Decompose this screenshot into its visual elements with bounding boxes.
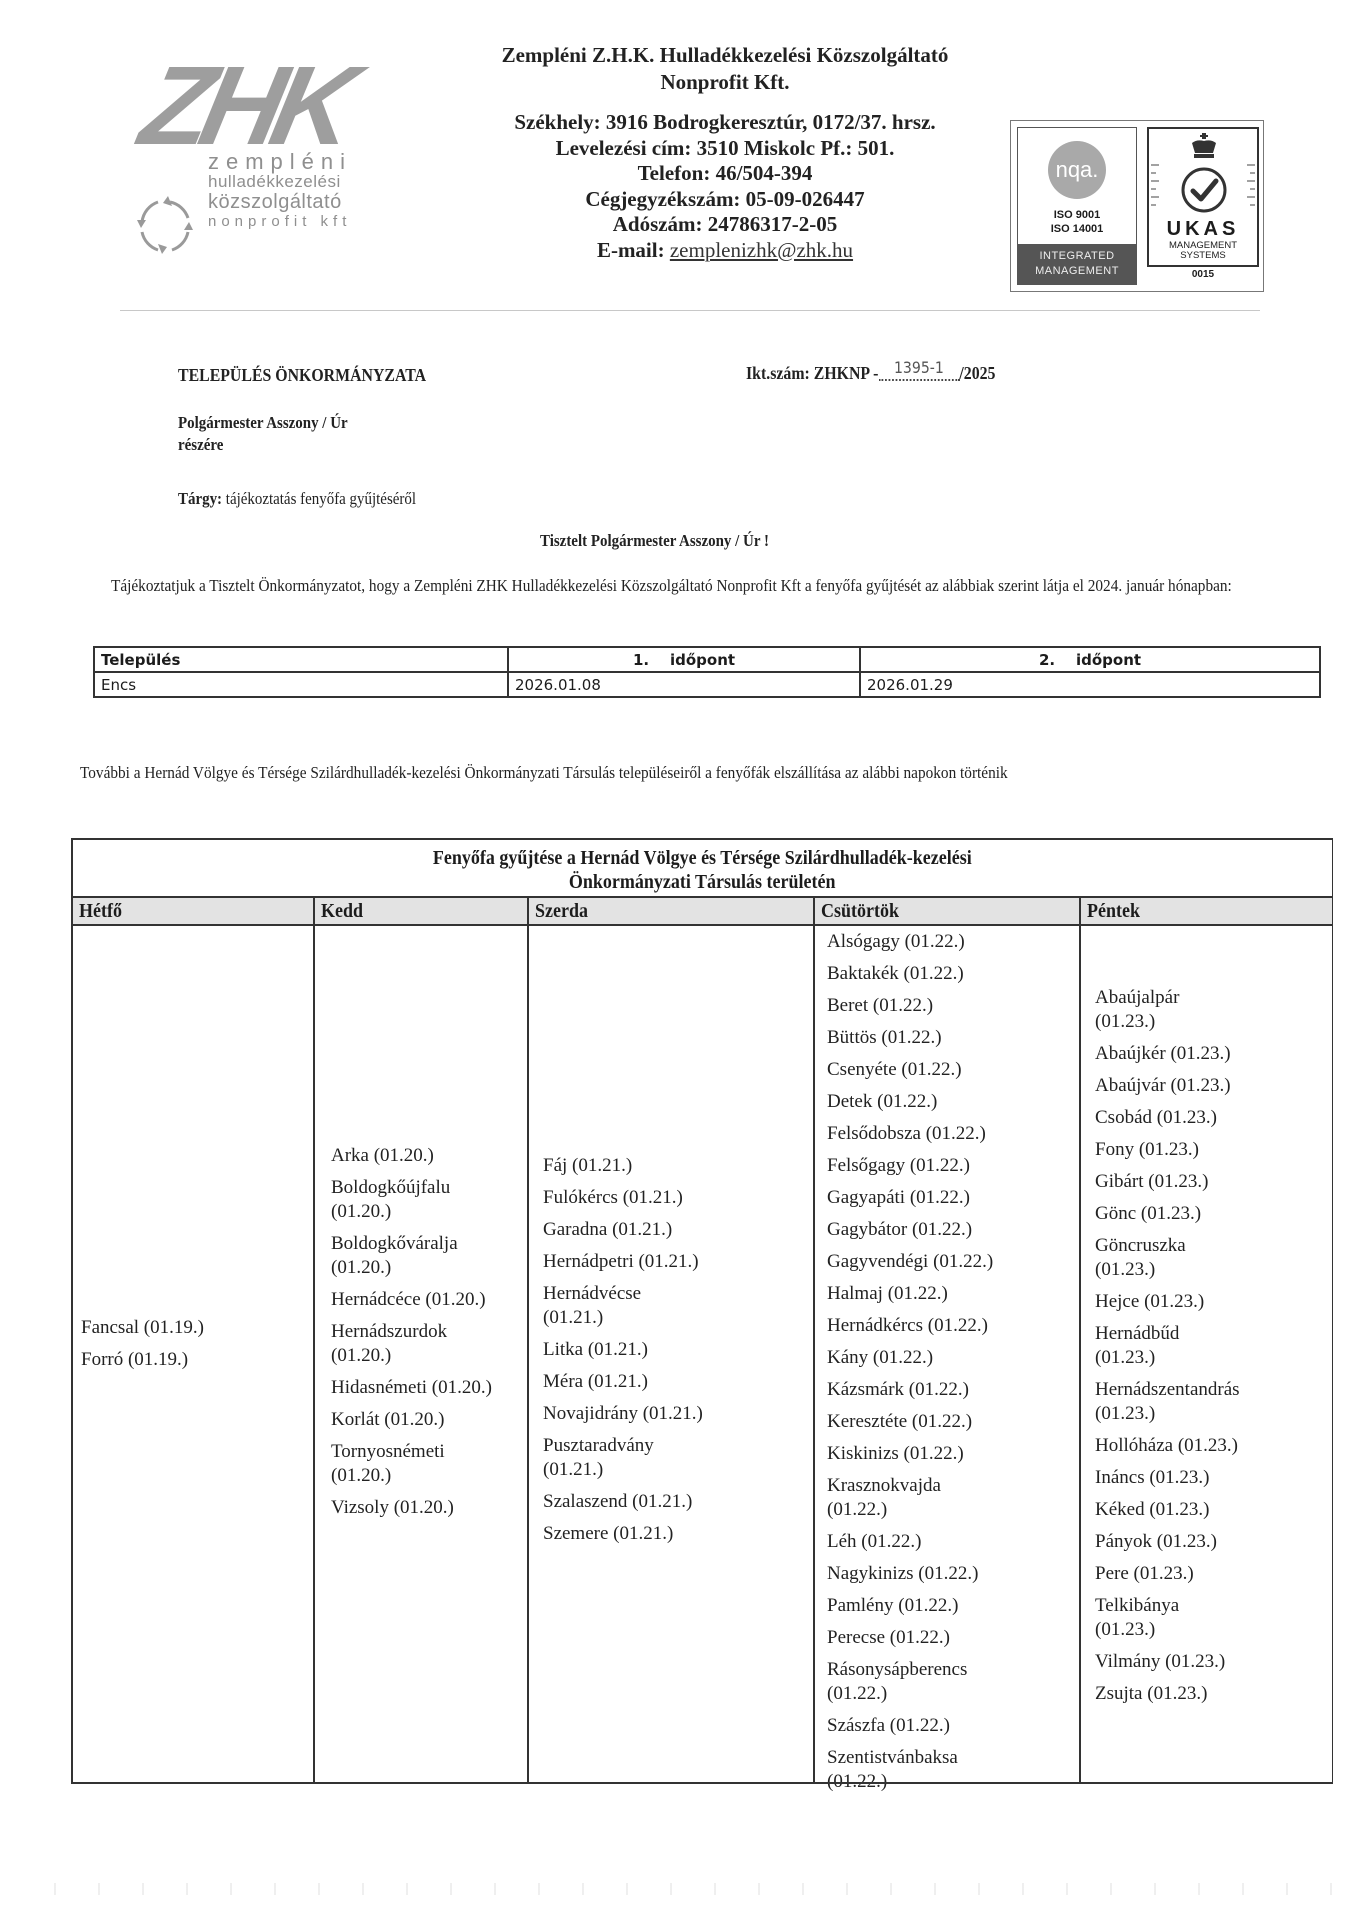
list-item: Korlát(01.20.) (331, 1408, 492, 1432)
settlement-name: Hernádszentandrás (1095, 1378, 1240, 1402)
settlement-name: Fulókércs (543, 1187, 618, 1208)
settlement-name: Hernádpetri (543, 1251, 634, 1272)
settlement-name: Alsógagy (827, 931, 900, 952)
checkmark-circle-icon (1179, 165, 1229, 215)
list-item: Hernádvécse(01.21.) (543, 1282, 703, 1330)
collection-date: (01.21.) (583, 1339, 648, 1360)
collection-date: (01.23.) (1152, 1531, 1217, 1552)
reference-number: Ikt.szám: ZHKNP -1395-1/2025 (746, 362, 995, 387)
settlement-name: Forró (81, 1349, 123, 1370)
collection-date: (01.22.) (914, 1563, 979, 1584)
company-seat: Székhely: 3916 Bodrogkeresztúr, 0172/37.… (430, 110, 1020, 136)
list-item: Büttös(01.22.) (827, 1026, 993, 1050)
collection-date: (01.19.) (123, 1349, 188, 1370)
company-phone: Telefon: 46/504-394 (430, 161, 1020, 187)
list-item: Abaújkér(01.23.) (1095, 1042, 1240, 1066)
list-item: Beret(01.22.) (827, 994, 993, 1018)
company-name-line2: Nonprofit Kft. (430, 69, 1020, 96)
collection-date: (01.22.) (868, 995, 933, 1016)
settlement-name: Zsujta (1095, 1683, 1143, 1704)
collection-date: (01.21.) (543, 1306, 703, 1330)
collection-date: (01.22.) (894, 1595, 959, 1616)
settlement-list: Fancsal(01.19.)Forró(01.19.) (81, 1316, 204, 1380)
settlement-name: Boldogkőújfalu (331, 1176, 492, 1200)
list-item: Boldogkőváralja(01.20.) (331, 1232, 492, 1280)
collection-date: (01.22.) (857, 1531, 922, 1552)
settlement-name: Pamlény (827, 1595, 894, 1616)
collection-date: (01.21.) (627, 1491, 692, 1512)
scan-artifact (40, 1883, 1340, 1895)
list-item: Abaújalpár(01.23.) (1095, 986, 1240, 1034)
list-item: Felsődobsza(01.22.) (827, 1122, 993, 1146)
settlement-name: Csobád (1095, 1107, 1152, 1128)
list-item: Rásonysápberencs(01.22.) (827, 1658, 993, 1706)
list-item: Hernádcéce(01.20.) (331, 1288, 492, 1312)
list-item: Kázsmárk(01.22.) (827, 1378, 993, 1402)
company-logo: ZHK zempléni hulladékkezelési közszolgál… (128, 56, 378, 256)
certification-badges: nqa. ISO 9001 ISO 14001 INTEGRATED MANAG… (1010, 120, 1264, 292)
list-item: Telkibánya(01.23.) (1095, 1594, 1240, 1642)
list-item: Krasznokvajda(01.22.) (827, 1474, 993, 1522)
collection-date: (01.20.) (331, 1200, 492, 1224)
weekday-header: Péntek (1081, 898, 1339, 924)
weekday-column: Alsógagy(01.22.)Baktakék(01.22.)Beret(01… (815, 926, 1081, 1782)
settlement-name: Felsődobsza (827, 1123, 921, 1144)
collection-date: (01.20.) (369, 1145, 434, 1166)
collection-date: (01.22.) (928, 1251, 993, 1272)
settlement-list: Abaújalpár(01.23.)Abaújkér(01.23.)Abaújv… (1095, 986, 1240, 1714)
weekday-column: Arka(01.20.)Boldogkőújfalu(01.20.)Boldog… (315, 926, 529, 1782)
list-item: Kéked(01.23.) (1095, 1498, 1240, 1522)
collection-date: (01.23.) (1166, 1075, 1231, 1096)
company-registry-number: Cégjegyzékszám: 05-09-026447 (430, 187, 1020, 213)
settlement-name: Perecse (827, 1627, 885, 1648)
list-item: Forró(01.19.) (81, 1348, 204, 1372)
settlement-cell: Encs (94, 672, 508, 697)
collection-date: (01.22.) (885, 1715, 950, 1736)
settlement-name: Vilmány (1095, 1651, 1160, 1672)
list-item: Gagybátor(01.22.) (827, 1218, 993, 1242)
list-item: Perecse(01.22.) (827, 1626, 993, 1650)
collection-date: (01.20.) (389, 1497, 454, 1518)
list-item: Fancsal(01.19.) (81, 1316, 204, 1340)
settlement-name: Novajidrány (543, 1403, 638, 1424)
settlement-name: Boldogkőváralja (331, 1232, 492, 1256)
list-item: Hejce(01.23.) (1095, 1290, 1240, 1314)
nqa-logo: nqa. (1048, 141, 1106, 199)
collection-date: (01.19.) (139, 1317, 204, 1338)
collection-date: (01.22.) (907, 1411, 972, 1432)
collection-date: (01.23.) (1143, 1683, 1208, 1704)
date-cell: 2026.01.29 (860, 672, 1320, 697)
settlement-name: Kéked (1095, 1499, 1145, 1520)
subject-line: Tárgy: tájékoztatás fenyőfa gyűjtéséről (178, 488, 416, 510)
logo-mark: ZHK (134, 56, 355, 156)
collection-date: (01.21.) (567, 1155, 632, 1176)
ukas-code: 0015 (1147, 269, 1259, 280)
header-cell: Település (94, 647, 508, 672)
list-item: Gagyvendégi(01.22.) (827, 1250, 993, 1274)
list-item: Keresztéte(01.22.) (827, 1410, 993, 1434)
collection-date: (01.20.) (331, 1464, 492, 1488)
settlement-name: Kiskinizs (827, 1443, 899, 1464)
settlement-name: Gagyapáti (827, 1187, 905, 1208)
collection-date: (01.23.) (1145, 1499, 1210, 1520)
weekday-header: Kedd (315, 898, 535, 924)
settlement-name: Abaújkér (1095, 1043, 1166, 1064)
settlement-name: Gagyvendégi (827, 1251, 928, 1272)
list-item: Csenyéte(01.22.) (827, 1058, 993, 1082)
settlement-name: Csenyéte (827, 1059, 897, 1080)
list-item: Boldogkőújfalu(01.20.) (331, 1176, 492, 1224)
collection-date: (01.23.) (1134, 1139, 1199, 1160)
collection-date: (01.22.) (905, 1155, 970, 1176)
collection-date: (01.21.) (638, 1403, 703, 1424)
settlement-name: Hollóháza (1095, 1435, 1173, 1456)
collection-date: (01.22.) (877, 1027, 942, 1048)
weekday-header: Hétfő (73, 898, 321, 924)
settlement-name: Gagybátor (827, 1219, 907, 1240)
list-item: Felsőgagy(01.22.) (827, 1154, 993, 1178)
list-item: Halmaj(01.22.) (827, 1282, 993, 1306)
company-postal-address: Levelezési cím: 3510 Miskolc Pf.: 501. (430, 136, 1020, 162)
settlement-name: Hernádvécse (543, 1282, 703, 1306)
settlement-name: Korlát (331, 1409, 380, 1430)
collection-date: (01.22.) (885, 1627, 950, 1648)
list-item: Fony(01.23.) (1095, 1138, 1240, 1162)
collection-date: (01.23.) (1095, 1618, 1240, 1642)
settlement-name: Büttös (827, 1027, 877, 1048)
list-item: Gagyapáti(01.22.) (827, 1186, 993, 1210)
settlement-name: Hernádszurdok (331, 1320, 492, 1344)
collection-date: (01.22.) (827, 1498, 993, 1522)
list-item: Novajidrány(01.21.) (543, 1402, 703, 1426)
settlement-name: Nagykinizs (827, 1563, 914, 1584)
collection-date: (01.23.) (1095, 1346, 1240, 1370)
settlement-name: Tornyosnémeti (331, 1440, 492, 1464)
company-details: Zempléni Z.H.K. Hulladékkezelési Közszol… (430, 42, 1020, 263)
collection-date: (01.22.) (904, 1379, 969, 1400)
recycle-arrows-icon (132, 192, 198, 258)
collection-date: (01.22.) (872, 1091, 937, 1112)
settlement-name: Fáj (543, 1155, 567, 1176)
settlement-name: Pányok (1095, 1531, 1152, 1552)
collection-date: (01.21.) (618, 1187, 683, 1208)
collection-date: (01.22.) (923, 1315, 988, 1336)
collection-date: (01.22.) (921, 1123, 986, 1144)
salutation: Tisztelt Polgármester Asszony / Úr ! (540, 530, 769, 552)
settlement-name: Litka (543, 1339, 583, 1360)
handwritten-reference: 1395-1 (878, 357, 959, 381)
weekday-column: Fancsal(01.19.)Forró(01.19.) (73, 926, 315, 1782)
collection-date: (01.22.) (899, 963, 964, 984)
collection-date: (01.23.) (1173, 1435, 1238, 1456)
settlement-list: Fáj(01.21.)Fulókércs(01.21.)Garadna(01.2… (543, 1154, 703, 1554)
settlement-name: Göncruszka (1095, 1234, 1240, 1258)
company-email-line: E-mail: zemplenizhk@zhk.hu (430, 238, 1020, 264)
collection-date: (01.20.) (427, 1377, 492, 1398)
nqa-iso-badge: nqa. ISO 9001 ISO 14001 INTEGRATED MANAG… (1017, 127, 1137, 285)
list-item: Hollóháza(01.23.) (1095, 1434, 1240, 1458)
intro-paragraph: Tájékoztatjuk a Tisztelt Önkormányzatot,… (111, 573, 1326, 599)
date-cell: 2026.01.08 (508, 672, 860, 697)
table-bottom-border (71, 1782, 1333, 1784)
list-item: Szemere(01.21.) (543, 1522, 703, 1546)
header-cell: 2. időpont (860, 647, 1320, 672)
collection-date: (01.23.) (1152, 1107, 1217, 1128)
collection-date: (01.23.) (1129, 1563, 1194, 1584)
settlement-name: Detek (827, 1091, 872, 1112)
list-item: Léh(01.22.) (827, 1530, 993, 1554)
weekday-column: Fáj(01.21.)Fulókércs(01.21.)Garadna(01.2… (529, 926, 815, 1782)
list-item: Hernádbűd(01.23.) (1095, 1322, 1240, 1370)
ukas-logo-text: UKAS (1149, 219, 1257, 239)
collection-date: (01.23.) (1144, 1171, 1209, 1192)
collection-date: (01.20.) (331, 1256, 492, 1280)
collection-date: (01.22.) (899, 1443, 964, 1464)
scale-ticks-right (1247, 163, 1255, 207)
settlement-name: Fancsal (81, 1317, 139, 1338)
list-item: Szászfa(01.22.) (827, 1714, 993, 1738)
collection-date: (01.23.) (1145, 1467, 1210, 1488)
list-item: Gibárt(01.23.) (1095, 1170, 1240, 1194)
settlement-name: Hidasnémeti (331, 1377, 427, 1398)
collection-date: (01.21.) (583, 1371, 648, 1392)
settlement-name: Krasznokvajda (827, 1474, 993, 1498)
settlement-name: Arka (331, 1145, 369, 1166)
settlement-name: Garadna (543, 1219, 607, 1240)
collection-date: (01.21.) (634, 1251, 699, 1272)
settlement-name: Pusztaradvány (543, 1434, 703, 1458)
settlement-name: Gönc (1095, 1203, 1136, 1224)
settlement-list: Arka(01.20.)Boldogkőújfalu(01.20.)Boldog… (331, 1144, 492, 1528)
settlement-name: Szentistvánbaksa (827, 1746, 993, 1770)
collection-date: (01.23.) (1139, 1291, 1204, 1312)
settlement-name: Keresztéte (827, 1411, 907, 1432)
list-item: Fulókércs(01.21.) (543, 1186, 703, 1210)
list-item: Vilmány(01.23.) (1095, 1650, 1240, 1674)
collection-date: (01.23.) (1095, 1258, 1240, 1282)
list-item: Fáj(01.21.) (543, 1154, 703, 1178)
settlement-name: Fony (1095, 1139, 1134, 1160)
table-row: Encs 2026.01.08 2026.01.29 (94, 672, 1320, 697)
list-item: Szentistvánbaksa(01.22.) (827, 1746, 993, 1794)
settlement-name: Vizsoly (331, 1497, 389, 1518)
collection-date: (01.22.) (905, 1187, 970, 1208)
settlement-name: Kány (827, 1347, 868, 1368)
collection-date: (01.23.) (1160, 1651, 1225, 1672)
weekday-header: Csütörtök (815, 898, 1087, 924)
scale-ticks-left (1151, 163, 1159, 207)
settlement-name: Baktakék (827, 963, 899, 984)
settlement-name: Ináncs (1095, 1467, 1145, 1488)
list-item: Göncruszka(01.23.) (1095, 1234, 1240, 1282)
list-item: Baktakék(01.22.) (827, 962, 993, 986)
collection-date: (01.23.) (1136, 1203, 1201, 1224)
list-item: Hernádszurdok(01.20.) (331, 1320, 492, 1368)
settlement-name: Szemere (543, 1523, 608, 1544)
collection-date: (01.23.) (1095, 1402, 1240, 1426)
ukas-badge: UKAS MANAGEMENT SYSTEMS (1147, 127, 1259, 267)
settlement-name: Hernádbűd (1095, 1322, 1240, 1346)
settlement-name: Hernádkércs (827, 1315, 923, 1336)
header-divider (120, 310, 1260, 311)
list-item: Méra(01.21.) (543, 1370, 703, 1394)
list-item: Kány(01.22.) (827, 1346, 993, 1370)
recipient: TELEPÜLÉS ÖNKORMÁNYZATA (178, 364, 426, 386)
collection-date: (01.22.) (897, 1059, 962, 1080)
list-item: Tornyosnémeti(01.20.) (331, 1440, 492, 1488)
list-item: Detek(01.22.) (827, 1090, 993, 1114)
association-paragraph: További a Hernád Völgye és Térsége Szilá… (80, 760, 1322, 786)
settlement-name: Felsőgagy (827, 1155, 905, 1176)
company-name-line1: Zempléni Z.H.K. Hulladékkezelési Közszol… (430, 42, 1020, 69)
list-item: Pányok(01.23.) (1095, 1530, 1240, 1554)
list-item: Pere(01.23.) (1095, 1562, 1240, 1586)
list-item: Hidasnémeti(01.20.) (331, 1376, 492, 1400)
collection-date: (01.22.) (900, 931, 965, 952)
table-header-row: Település 1. időpont 2. időpont (94, 647, 1320, 672)
collection-date: (01.22.) (907, 1219, 972, 1240)
list-item: Nagykinizs(01.22.) (827, 1562, 993, 1586)
settlement-name: Léh (827, 1531, 857, 1552)
weekday-column: Abaújalpár(01.23.)Abaújkér(01.23.)Abaújv… (1081, 926, 1333, 1782)
association-schedule-table: Fenyőfa gyűjtése a Hernád Völgye és Térs… (71, 838, 1333, 1784)
list-item: Ináncs(01.23.) (1095, 1466, 1240, 1490)
settlement-name: Szászfa (827, 1715, 885, 1736)
collection-date: (01.20.) (380, 1409, 445, 1430)
list-item: Vizsoly(01.20.) (331, 1496, 492, 1520)
collection-date: (01.22.) (868, 1347, 933, 1368)
list-item: Pamlény(01.22.) (827, 1594, 993, 1618)
collection-date: (01.22.) (827, 1682, 993, 1706)
email-link[interactable]: zemplenizhk@zhk.hu (670, 238, 853, 262)
list-item: Pusztaradvány(01.21.) (543, 1434, 703, 1482)
list-item: Kiskinizs(01.22.) (827, 1442, 993, 1466)
list-item: Abaújvár(01.23.) (1095, 1074, 1240, 1098)
addressee: Polgármester Asszony / Úr részére (178, 412, 348, 456)
settlement-list: Alsógagy(01.22.)Baktakék(01.22.)Beret(01… (827, 930, 993, 1802)
list-item: Hernádpetri(01.21.) (543, 1250, 703, 1274)
list-item: Litka(01.21.) (543, 1338, 703, 1362)
weekday-header: Szerda (529, 898, 821, 924)
settlement-name: Abaújalpár (1095, 986, 1240, 1010)
settlement-name: Hejce (1095, 1291, 1139, 1312)
collection-date: (01.23.) (1095, 1010, 1240, 1034)
collection-date: (01.20.) (331, 1344, 492, 1368)
header-cell: 1. időpont (508, 647, 860, 672)
collection-date: (01.21.) (607, 1219, 672, 1240)
settlement-name: Gibárt (1095, 1171, 1144, 1192)
table-title: Fenyőfa gyűjtése a Hernád Völgye és Térs… (73, 840, 1332, 896)
local-schedule-table: Település 1. időpont 2. időpont Encs 202… (93, 646, 1321, 698)
list-item: Hernádkércs(01.22.) (827, 1314, 993, 1338)
settlement-name: Hernádcéce (331, 1289, 421, 1310)
list-item: Arka(01.20.) (331, 1144, 492, 1168)
list-item: Csobád(01.23.) (1095, 1106, 1240, 1130)
list-item: Szalaszend(01.21.) (543, 1490, 703, 1514)
settlement-name: Telkibánya (1095, 1594, 1240, 1618)
settlement-name: Halmaj (827, 1283, 883, 1304)
collection-date: (01.21.) (543, 1458, 703, 1482)
settlement-name: Szalaszend (543, 1491, 627, 1512)
list-item: Alsógagy(01.22.) (827, 930, 993, 954)
collection-date: (01.21.) (608, 1523, 673, 1544)
settlement-name: Méra (543, 1371, 583, 1392)
company-tax-number: Adószám: 24786317-2-05 (430, 212, 1020, 238)
list-item: Garadna(01.21.) (543, 1218, 703, 1242)
logo-wordmark: zempléni hulladékkezelési közszolgáltató… (208, 152, 352, 232)
list-item: Hernádszentandrás(01.23.) (1095, 1378, 1240, 1426)
settlement-name: Beret (827, 995, 868, 1016)
settlement-name: Pere (1095, 1563, 1129, 1584)
settlement-name: Abaújvár (1095, 1075, 1166, 1096)
collection-date: (01.20.) (421, 1289, 486, 1310)
crown-icon (1189, 133, 1219, 159)
settlement-name: Kázsmárk (827, 1379, 904, 1400)
collection-date: (01.22.) (883, 1283, 948, 1304)
settlement-name: Rásonysápberencs (827, 1658, 993, 1682)
list-item: Gönc(01.23.) (1095, 1202, 1240, 1226)
list-item: Zsujta(01.23.) (1095, 1682, 1240, 1706)
collection-date: (01.23.) (1166, 1043, 1231, 1064)
